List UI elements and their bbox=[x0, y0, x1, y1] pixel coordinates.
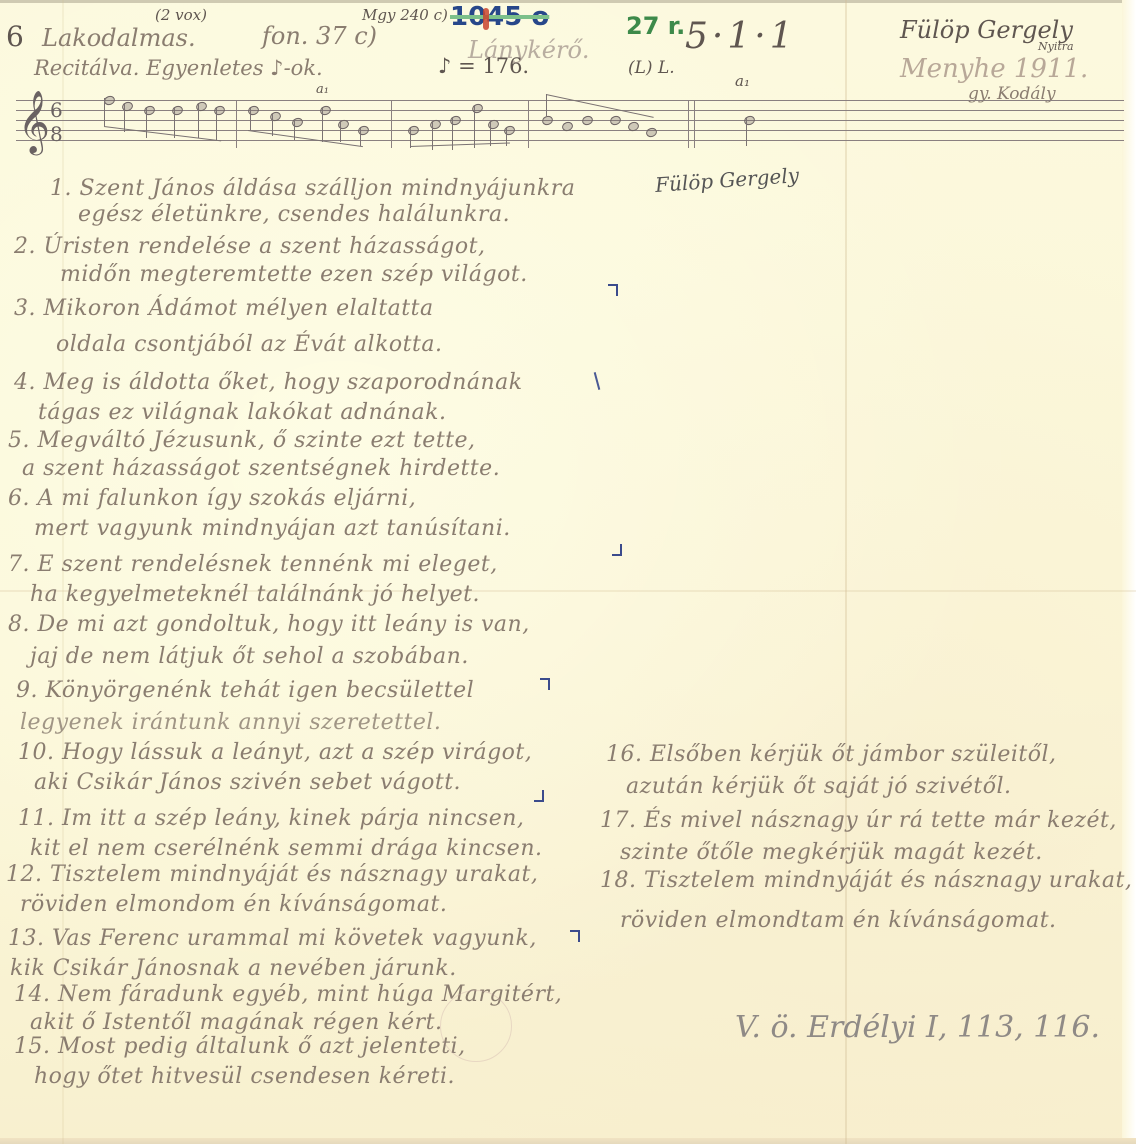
verse-line: röviden elmondtam én kívánságomat. bbox=[620, 908, 1057, 933]
annotation-a1-right: a₁ bbox=[735, 72, 750, 90]
editorial-bracket bbox=[612, 544, 622, 556]
verse-number: 17. bbox=[600, 808, 637, 833]
performance-note: Recitálva. Egyenletes ♪-ok. bbox=[34, 56, 323, 80]
singer-signature: Fülöp Gergely bbox=[654, 163, 799, 197]
cadence-formula: 5·1·1 bbox=[685, 16, 797, 57]
verse-line: midőn megteremtette ezen szép világot. bbox=[60, 262, 528, 287]
verse-number: 11. bbox=[18, 806, 55, 831]
page-bottom-edge bbox=[0, 1138, 1136, 1144]
verse-line: Megváltó Jézusunk, ő szinte ezt tette, bbox=[38, 428, 476, 453]
tempo-marking: ♪ = 176. bbox=[438, 54, 529, 78]
verse-number: 16. bbox=[606, 742, 643, 767]
verse-line: Úristen rendelése a szent házasságot, bbox=[44, 234, 486, 259]
vertical-fold-line bbox=[845, 0, 847, 1144]
editorial-bracket bbox=[570, 930, 580, 942]
voices-note: (2 vox) bbox=[155, 6, 207, 24]
manuscript-page: 6 Lakodalmas. (2 vox) fon. 37 c) Mgy 240… bbox=[0, 0, 1136, 1144]
annotation-a1-left: a₁ bbox=[316, 82, 329, 97]
verse-line: Könyörgenénk tehát igen becsülettel bbox=[46, 678, 475, 703]
song-number: 6 bbox=[6, 20, 24, 53]
verse-line: Szent János áldása szálljon mindnyájunkr… bbox=[80, 176, 576, 201]
mgy-reference: Mgy 240 c) bbox=[362, 6, 448, 24]
time-signature-bottom: 8 bbox=[50, 122, 63, 146]
editorial-bracket bbox=[540, 678, 550, 690]
verse-line: És mivel násznagy úr rá tette már kezét, bbox=[644, 808, 1117, 833]
place-year: Menyhe 1911. bbox=[900, 54, 1088, 84]
verse-number: 6. bbox=[8, 486, 30, 511]
verse-line: Hogy lássuk a leányt, azt a szép virágot… bbox=[62, 740, 532, 765]
music-staff: 𝄞 6 8 bbox=[16, 100, 1124, 148]
verse-line: Tisztelem mindnyáját és násznagy urakat, bbox=[644, 868, 1132, 893]
verse-number: 12. bbox=[6, 862, 43, 887]
reference-citation: V. ö. Erdélyi I, 113, 116. bbox=[735, 1010, 1100, 1045]
verse-line: E szent rendelésnek tennénk mi eleget, bbox=[38, 552, 498, 577]
editorial-bracket bbox=[608, 284, 618, 296]
verse-line: mert vagyunk mindnyájan azt tanúsítani. bbox=[34, 516, 511, 541]
phonograph-reference: fon. 37 c) bbox=[262, 22, 377, 50]
verse-line: legyenek irántunk annyi szeretettel. bbox=[20, 710, 441, 735]
editorial-tick bbox=[594, 372, 601, 390]
green-catalog-number: 27 r. bbox=[626, 12, 685, 40]
verse-line: Meg is áldotta őket, hogy szaporodnának bbox=[44, 370, 523, 395]
verse-number: 18. bbox=[600, 868, 637, 893]
verse-number: 4. bbox=[14, 370, 36, 395]
catalog-number-struck: 1045 o bbox=[450, 2, 549, 32]
verse-line: akit ő Istentől magának régen kért. bbox=[30, 1010, 442, 1035]
verse-line: Vas Ferenc urammal mi követek vagyunk, bbox=[52, 926, 537, 951]
verse-number: 14. bbox=[14, 982, 51, 1007]
verse-line: Elsőben kérjük őt jámbor szüleitől, bbox=[650, 742, 1057, 767]
annotation-l: (L) L. bbox=[628, 58, 675, 78]
verse-line: oldala csontjából az Évát alkotta. bbox=[56, 332, 442, 357]
verse-number: 9. bbox=[16, 678, 38, 703]
verse-number: 2. bbox=[14, 234, 36, 259]
verse-line: Tisztelem mindnyáját és násznagy urakat, bbox=[50, 862, 538, 887]
time-signature-top: 6 bbox=[50, 98, 63, 122]
verse-line: szinte őtőle megkérjük magát kezét. bbox=[620, 840, 1043, 865]
verse-line: A mi falunkon így szokás eljárni, bbox=[38, 486, 417, 511]
page-top-edge bbox=[0, 0, 1136, 3]
red-mark bbox=[483, 8, 489, 30]
verse-line: Im itt a szép leány, kinek párja nincsen… bbox=[62, 806, 524, 831]
verse-line: kit el nem cserélnénk semmi drága kincse… bbox=[30, 836, 542, 861]
verse-line: ha kegyelmeteknél találnánk jó helyet. bbox=[30, 582, 480, 607]
verse-line: aki Csikár János szivén sebet vágott. bbox=[34, 770, 461, 795]
verse-line: Mikoron Ádámot mélyen elaltatta bbox=[44, 296, 434, 321]
treble-clef-icon: 𝄞 bbox=[18, 90, 50, 154]
verse-number: 7. bbox=[8, 552, 30, 577]
verse-line: a szent házasságot szentségnek hirdette. bbox=[22, 456, 500, 481]
verse-number: 8. bbox=[8, 612, 30, 637]
page-right-edge bbox=[1122, 0, 1136, 1144]
genre-label: Lakodalmas. bbox=[42, 24, 196, 52]
verse-line: kik Csikár Jánosnak a nevében járunk. bbox=[10, 956, 457, 981]
verse-line: tágas ez világnak lakókat adnának. bbox=[38, 400, 446, 425]
verse-number: 15. bbox=[14, 1034, 51, 1059]
verse-line: De mi azt gondoltuk, hogy itt leány is v… bbox=[38, 612, 530, 637]
verse-number: 5. bbox=[8, 428, 30, 453]
verse-line: hogy őtet hitvesül csendesen kéreti. bbox=[34, 1064, 455, 1089]
verse-line: jaj de nem látjuk őt sehol a szobában. bbox=[30, 644, 469, 669]
verse-number: 1. bbox=[50, 176, 72, 201]
verse-number: 13. bbox=[8, 926, 45, 951]
verse-line: azután kérjük őt saját jó szivétől. bbox=[626, 774, 1011, 799]
editorial-bracket bbox=[534, 790, 544, 802]
faint-stamp bbox=[440, 990, 512, 1062]
verse-number: 3. bbox=[14, 296, 36, 321]
verse-number: 10. bbox=[18, 740, 55, 765]
place-note: Nyitra bbox=[1038, 40, 1074, 53]
verse-line: Most pedig általunk ő azt jelenteti, bbox=[58, 1034, 466, 1059]
verse-line: röviden elmondom én kívánságomat. bbox=[20, 892, 447, 917]
verse-line: egész életünkre, csendes halálunkra. bbox=[78, 202, 510, 227]
